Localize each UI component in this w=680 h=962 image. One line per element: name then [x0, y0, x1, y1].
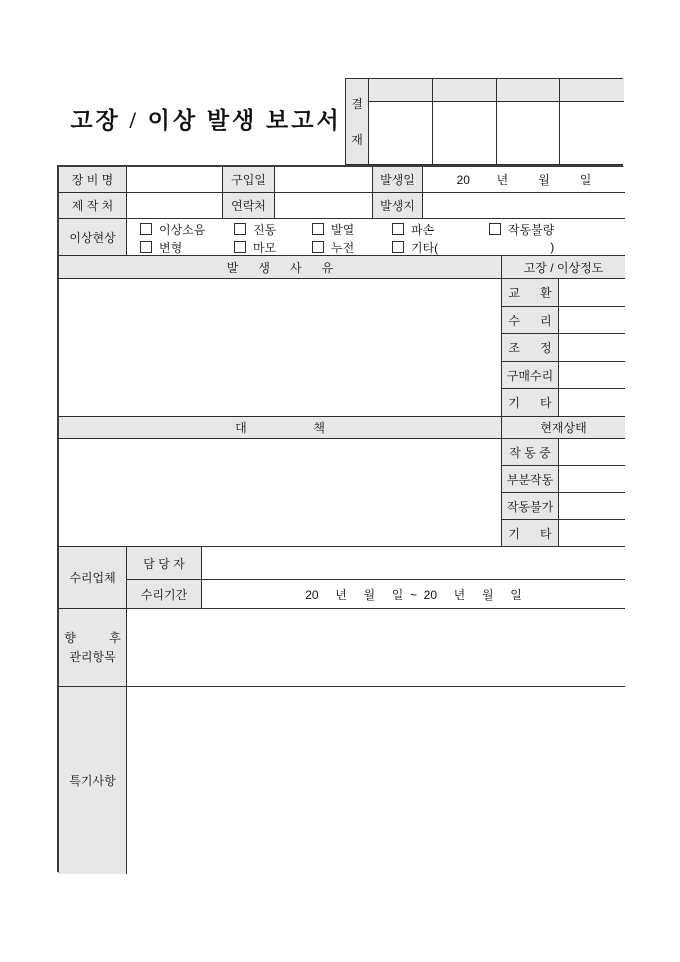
purchase-date-label: 구입일: [223, 167, 275, 193]
approval-sign-cell-3[interactable]: [497, 102, 561, 164]
checkbox-icon[interactable]: [234, 241, 246, 253]
repair-period-label: 수리기간: [127, 580, 202, 609]
checkbox-leakage[interactable]: 누전: [312, 239, 354, 255]
occurrence-place-field[interactable]: [423, 193, 625, 219]
severity-label-other: 기 타: [502, 389, 559, 417]
checkbox-label: 기타(: [411, 239, 438, 256]
equipment-name-field[interactable]: [127, 167, 223, 193]
approval-header-cell-1: [369, 79, 433, 102]
contact-field[interactable]: [275, 193, 373, 219]
abnormal-symptoms-cell: 이상소음 진동 발열 파손 작동불량 변형 마모 누전 기타(): [127, 219, 625, 256]
approval-sign-cell-2[interactable]: [433, 102, 497, 164]
status-field-partial[interactable]: [559, 466, 625, 493]
status-field-inoperable[interactable]: [559, 493, 625, 520]
checkbox-icon[interactable]: [312, 241, 324, 253]
checkbox-icon[interactable]: [392, 241, 404, 253]
approval-label-gyeol: 결: [351, 95, 363, 112]
checkbox-label: 진동: [253, 221, 276, 238]
future-label-line1: 향 후: [64, 629, 121, 648]
checkbox-icon[interactable]: [140, 241, 152, 253]
reason-text-area[interactable]: [59, 279, 502, 417]
repair-manager-field[interactable]: [202, 547, 625, 580]
future-management-label: 향 후 관리항목: [59, 609, 127, 687]
severity-label-adjust: 조 정: [502, 334, 559, 362]
checkbox-icon[interactable]: [140, 223, 152, 235]
status-label-partial: 부분작동: [502, 466, 559, 493]
checkbox-wear[interactable]: 마모: [234, 239, 276, 255]
checkbox-label: 변형: [159, 239, 182, 256]
severity-field-other[interactable]: [559, 389, 625, 417]
status-label-other: 기 타: [502, 520, 559, 547]
checkbox-heating[interactable]: 발열: [312, 221, 354, 237]
approval-header-cell-4: [560, 79, 624, 102]
approval-label-jae: 재: [351, 131, 363, 148]
checkbox-icon[interactable]: [234, 223, 246, 235]
status-field-other[interactable]: [559, 520, 625, 547]
status-section-header: 현재상태: [502, 417, 625, 439]
equipment-name-label: 장 비 명: [59, 167, 127, 193]
abnormal-symptoms-label: 이상현상: [59, 219, 127, 256]
approval-sign-cell-1[interactable]: [369, 102, 433, 164]
special-notes-field[interactable]: [127, 687, 625, 874]
status-label-operating: 작 동 중: [502, 439, 559, 466]
checkbox-label: 발열: [331, 221, 354, 238]
measure-section-header: 대 책: [59, 417, 502, 439]
purchase-date-field[interactable]: [275, 167, 373, 193]
severity-section-header: 고장 / 이상정도: [502, 256, 625, 279]
checkbox-etc[interactable]: 기타(): [392, 239, 554, 255]
checkbox-label: 파손: [411, 221, 434, 238]
checkbox-label: 마모: [253, 239, 276, 256]
severity-field-replace[interactable]: [559, 279, 625, 307]
checkbox-label: 이상소음: [159, 221, 205, 238]
occurrence-date-label: 발생일: [373, 167, 423, 193]
approval-header-cell-2: [433, 79, 497, 102]
checkbox-breakage[interactable]: 파손: [392, 221, 434, 237]
checkbox-vibration[interactable]: 진동: [234, 221, 276, 237]
approval-sign-cell-4[interactable]: [560, 102, 624, 164]
severity-label-purchase-repair: 구매수리: [502, 362, 559, 389]
approval-header-cell-3: [497, 79, 561, 102]
contact-label: 연락처: [223, 193, 275, 219]
repair-company-label: 수리업체: [59, 547, 127, 609]
severity-field-purchase-repair[interactable]: [559, 362, 625, 389]
occurrence-date-value[interactable]: 20 년 월 일: [423, 167, 625, 193]
severity-field-repair[interactable]: [559, 307, 625, 334]
checkbox-label: 누전: [331, 239, 354, 256]
future-label-line2: 관리항목: [69, 648, 115, 667]
maker-label: 제 작 처: [59, 193, 127, 219]
reason-section-header: 발 생 사 유: [59, 256, 502, 279]
status-label-inoperable: 작동불가: [502, 493, 559, 520]
maker-field[interactable]: [127, 193, 223, 219]
special-notes-label: 특기사항: [59, 687, 127, 874]
severity-field-adjust[interactable]: [559, 334, 625, 362]
checkbox-label: 작동불량: [508, 221, 554, 238]
report-form-table: 장 비 명 구입일 발생일 20 년 월 일 제 작 처 연락처 발생지 이상현…: [57, 165, 623, 872]
checkbox-abnormal-noise[interactable]: 이상소음: [140, 221, 205, 237]
checkbox-icon[interactable]: [312, 223, 324, 235]
checkbox-malfunction[interactable]: 작동불량: [489, 221, 554, 237]
measure-text-area[interactable]: [59, 439, 502, 547]
severity-label-repair: 수 리: [502, 307, 559, 334]
repair-manager-label: 담 당 자: [127, 547, 202, 580]
severity-label-replace: 교 환: [502, 279, 559, 307]
approval-block: 결 재: [345, 78, 623, 165]
approval-vertical-label: 결 재: [346, 79, 369, 164]
checkbox-deformation[interactable]: 변형: [140, 239, 182, 255]
status-field-operating[interactable]: [559, 439, 625, 466]
page-title: 고장 / 이상 발생 보고서: [64, 102, 348, 135]
future-management-field[interactable]: [127, 609, 625, 687]
checkbox-icon[interactable]: [392, 223, 404, 235]
repair-period-value[interactable]: 20 년 월 일 ~ 20 년 월 일: [202, 580, 625, 609]
checkbox-icon[interactable]: [489, 223, 501, 235]
occurrence-place-label: 발생지: [373, 193, 423, 219]
etc-close-paren: ): [550, 240, 554, 254]
